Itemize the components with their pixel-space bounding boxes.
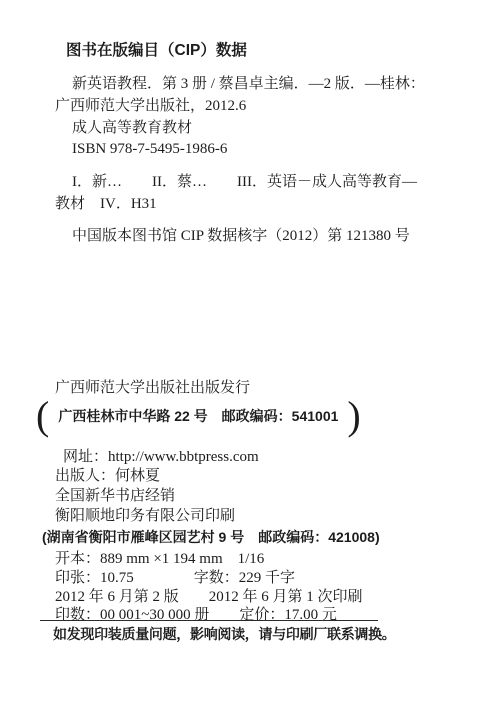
publisher-address: 广西桂林市中华路 22 号 邮政编码：541001 xyxy=(58,406,338,426)
quality-notice: 如发现印装质量问题，影响阅读，请与印刷厂联系调换。 xyxy=(53,625,396,643)
edition-line: 2012 年 6 月第 2 版 2012 年 6 月第 1 次印刷 xyxy=(55,588,363,606)
right-paren-glyph: ) xyxy=(347,399,360,433)
sheets-words-line: 印张：10.75 字数：229 千字 xyxy=(55,569,295,587)
distribution-line: 全国新华书店经销 xyxy=(55,487,175,505)
cip-heading: 图书在版编目（CIP）数据 xyxy=(66,42,247,60)
publisher-address-group: ( 广西桂林市中华路 22 号 邮政编码：541001 ) xyxy=(36,399,361,433)
footer-divider xyxy=(40,620,378,621)
format-line: 开本：889 mm ×1 194 mm 1/16 xyxy=(55,550,264,568)
printer-line: 衡阳顺地印务有限公司印刷 xyxy=(55,507,235,525)
publisher-line: 广西师范大学出版社出版发行 xyxy=(55,379,250,397)
cip-classification-line-1: I．新… II．蔡… III．英语－成人高等教育— xyxy=(72,173,417,191)
cip-registry-line: 中国版本图书馆 CIP 数据核字（2012）第 121380 号 xyxy=(72,227,410,245)
copyright-page: 图书在版编目（CIP）数据 新英语教程．第 3 册 / 蔡昌卓主编．—2 版．—… xyxy=(0,0,500,708)
printer-address-line: (湖南省衡阳市雁峰区园艺村 9 号 邮政编码：421008) xyxy=(42,528,380,546)
cip-record-line-3: 成人高等教育教材 xyxy=(72,119,192,137)
cip-record-line-1: 新英语教程．第 3 册 / 蔡昌卓主编．—2 版．—桂林： xyxy=(72,75,425,93)
print-run-price-line: 印数：00 001~30 000 册 定价：17.00 元 xyxy=(55,606,337,624)
cip-classification-line-2: 教材 IV．H31 xyxy=(55,195,157,213)
website-line: 网址：http://www.bbtpress.com xyxy=(63,448,259,466)
left-paren-glyph: ( xyxy=(36,399,49,433)
cip-record-line-2: 广西师范大学出版社，2012.6 xyxy=(55,97,246,115)
cip-isbn-line: ISBN 978-7-5495-1986-6 xyxy=(72,140,227,158)
publisher-person-line: 出版人：何林夏 xyxy=(55,467,160,485)
